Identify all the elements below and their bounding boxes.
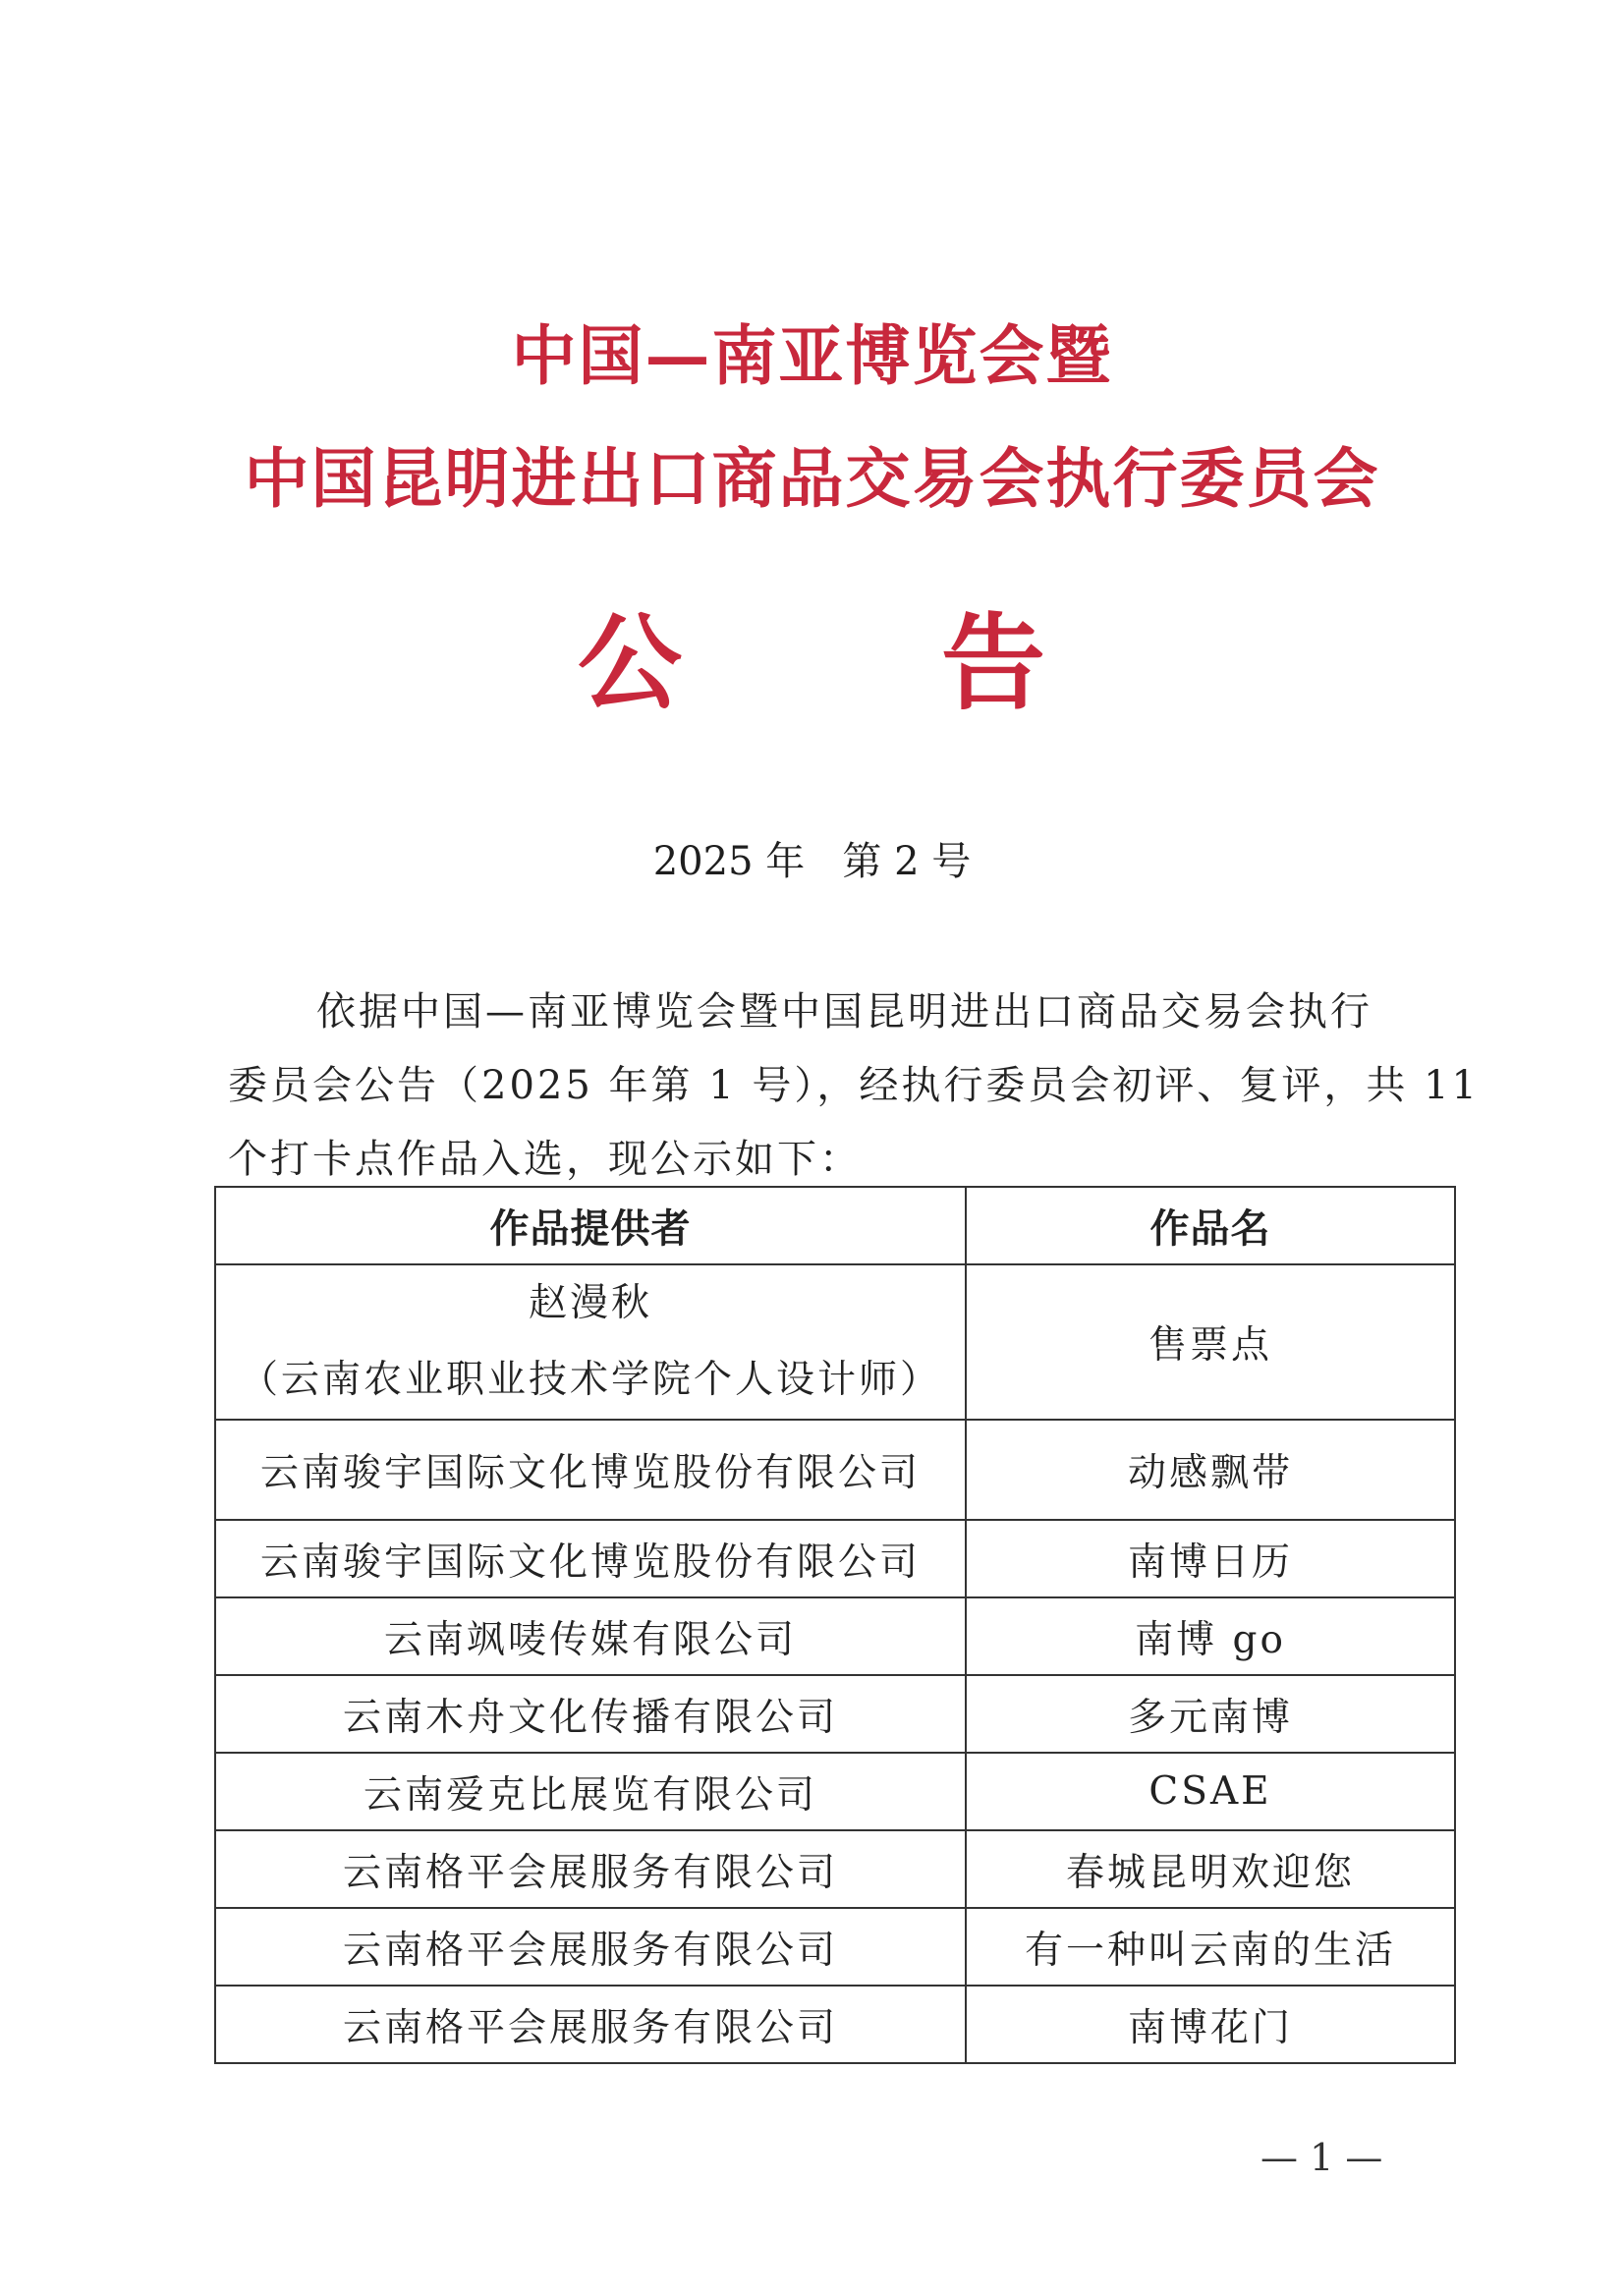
provider-cell: 云南骏宇国际文化博览股份有限公司 [215, 1420, 966, 1520]
page-number: — 1 — [1260, 2135, 1382, 2180]
table-row: 云南骏宇国际文化博览股份有限公司 动感飘带 [215, 1420, 1455, 1520]
issue-number: 2025 年 第 2 号 [0, 837, 1624, 886]
header-provider: 作品提供者 [215, 1187, 966, 1264]
provider-cell: 云南格平会展服务有限公司 [215, 1830, 966, 1908]
table-row: 赵漫秋 （云南农业职业技术学院个人设计师） 售票点 [215, 1264, 1455, 1420]
provider-name: 赵漫秋 [216, 1265, 965, 1342]
paragraph-line-2: 委员会公告（2025 年第 1 号），经执行委员会初评、复评，共 11 [228, 1061, 1438, 1110]
work-cell: 多元南博 [966, 1675, 1455, 1753]
provider-cell: 云南骏宇国际文化博览股份有限公司 [215, 1520, 966, 1597]
announcement-heading-char-1: 公 [578, 604, 682, 722]
work-cell: 售票点 [966, 1264, 1455, 1420]
announcement-heading-char-2: 告 [941, 604, 1045, 722]
header-work: 作品名 [966, 1187, 1455, 1264]
provider-cell: 云南爱克比展览有限公司 [215, 1753, 966, 1830]
table-row: 云南格平会展服务有限公司 南博花门 [215, 1986, 1455, 2063]
table-row: 云南格平会展服务有限公司 有一种叫云南的生活 [215, 1908, 1455, 1986]
table-row: 云南骏宇国际文化博览股份有限公司 南博日历 [215, 1520, 1455, 1597]
work-cell: CSAE [966, 1753, 1455, 1830]
paragraph-line-1: 依据中国—南亚博览会暨中国昆明进出口商品交易会执行 [316, 987, 1527, 1036]
provider-cell: 赵漫秋 （云南农业职业技术学院个人设计师） [215, 1264, 966, 1420]
table-row: 云南飒唛传媒有限公司 南博 go [215, 1597, 1455, 1675]
issuer-title-line-1: 中国—南亚博览会暨 [0, 316, 1624, 395]
table-row: 云南木舟文化传播有限公司 多元南博 [215, 1675, 1455, 1753]
work-cell: 南博花门 [966, 1986, 1455, 2063]
table-header-row: 作品提供者 作品名 [215, 1187, 1455, 1264]
table-row: 云南爱克比展览有限公司 CSAE [215, 1753, 1455, 1830]
provider-affiliation: （云南农业职业技术学院个人设计师） [216, 1342, 965, 1419]
selected-works-table: 作品提供者 作品名 赵漫秋 （云南农业职业技术学院个人设计师） 售票点 云南骏宇… [214, 1186, 1456, 2064]
provider-cell: 云南格平会展服务有限公司 [215, 1908, 966, 1986]
work-cell: 春城昆明欢迎您 [966, 1830, 1455, 1908]
work-cell: 有一种叫云南的生活 [966, 1908, 1455, 1986]
provider-cell: 云南飒唛传媒有限公司 [215, 1597, 966, 1675]
table-row: 云南格平会展服务有限公司 春城昆明欢迎您 [215, 1830, 1455, 1908]
paragraph-line-3: 个打卡点作品入选，现公示如下： [228, 1135, 1438, 1184]
provider-cell: 云南木舟文化传播有限公司 [215, 1675, 966, 1753]
provider-cell: 云南格平会展服务有限公司 [215, 1986, 966, 2063]
work-cell: 南博日历 [966, 1520, 1455, 1597]
work-cell: 南博 go [966, 1597, 1455, 1675]
issuer-title-line-2: 中国昆明进出口商品交易会执行委员会 [0, 439, 1624, 518]
work-cell: 动感飘带 [966, 1420, 1455, 1520]
